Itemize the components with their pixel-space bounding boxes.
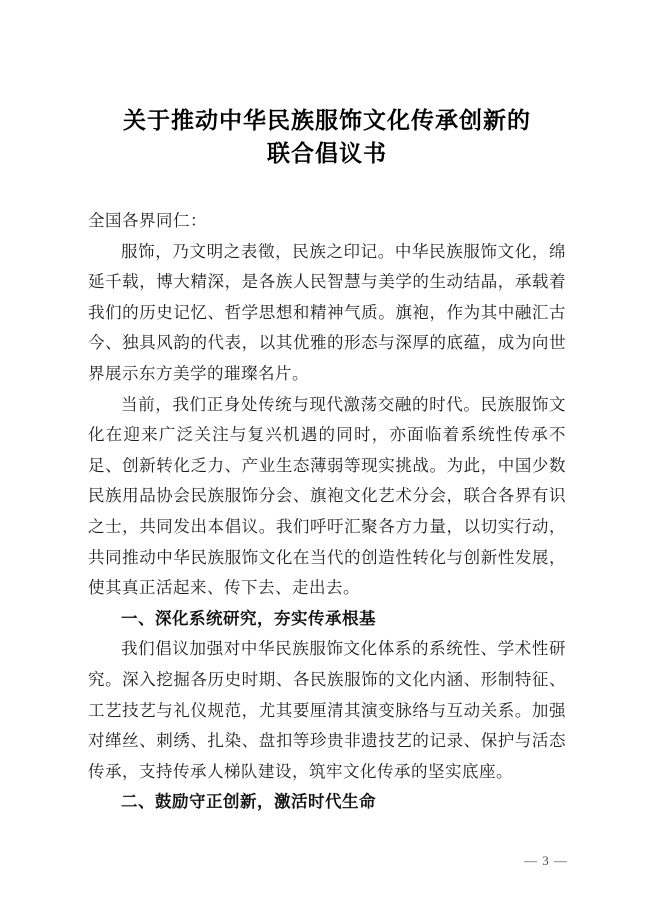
document-content: 关于推动中华民族服饰文化传承创新的 联合倡议书 全国各界同仁： 服饰，乃文明之表…: [88, 104, 566, 818]
section-heading-1: 一、深化系统研究，夯实传承根基: [88, 604, 566, 635]
paragraph-3: 我们倡议加强对中华民族服饰文化体系的系统性、学术性研究。深入挖掘各历史时期、各民…: [88, 634, 566, 787]
paragraph-2: 当前，我们正身处传统与现代激荡交融的时代。民族服饰文化在迎来广泛关注与复兴机遇的…: [88, 390, 566, 604]
document-title-line1: 关于推动中华民族服饰文化传承创新的: [123, 108, 531, 133]
page-number: — 3 —: [524, 854, 568, 867]
document-title-line2: 联合倡议书: [267, 141, 387, 166]
salutation: 全国各界同仁：: [88, 206, 566, 237]
section-heading-2: 二、鼓励守正创新，激活时代生命: [88, 787, 566, 818]
document-page: 关于推动中华民族服饰文化传承创新的 联合倡议书 全国各界同仁： 服饰，乃文明之表…: [0, 0, 650, 919]
paragraph-1: 服饰，乃文明之表徵，民族之印记。中华民族服饰文化，绵延千载，博大精深，是各族人民…: [88, 237, 566, 390]
document-title: 关于推动中华民族服饰文化传承创新的 联合倡议书: [88, 104, 566, 170]
